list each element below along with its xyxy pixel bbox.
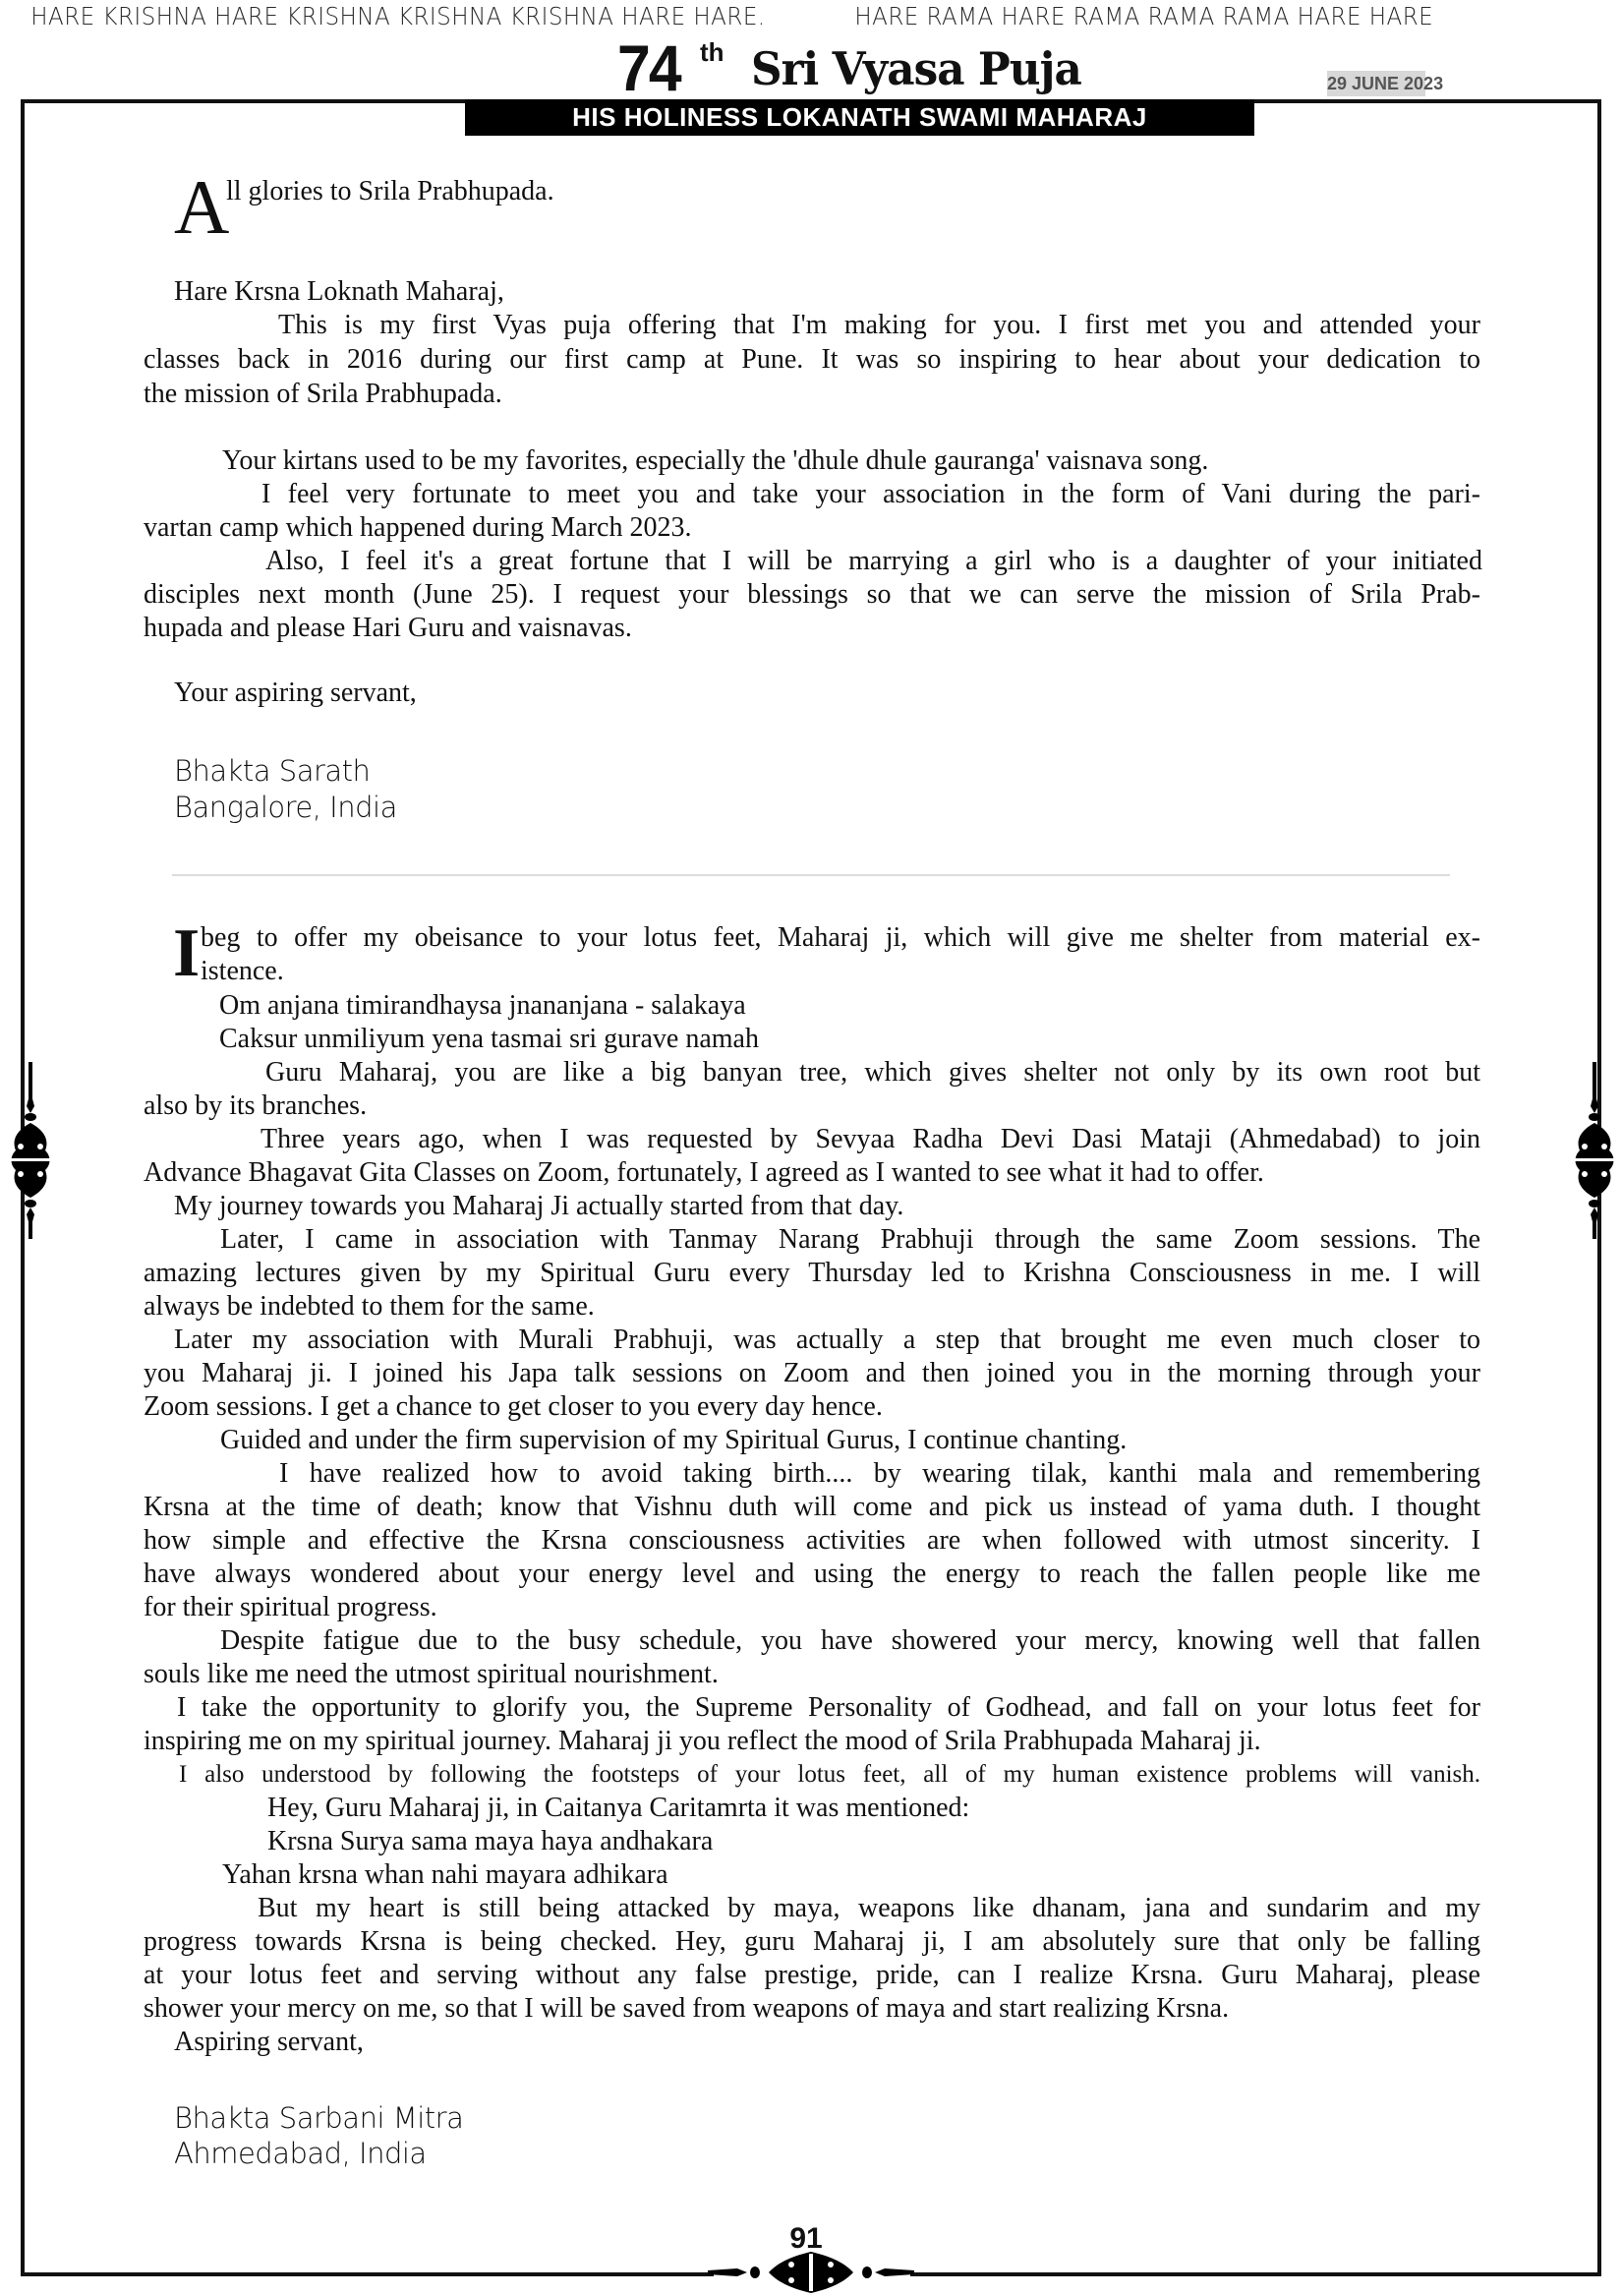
paragraph-line: also by its branches.	[144, 1089, 367, 1123]
paragraph-line: Despite fatigue due to the busy schedule…	[220, 1624, 1480, 1658]
right-ornament-icon	[1570, 1062, 1619, 1239]
title-name: Sri Vyasa Puja	[751, 41, 1081, 96]
paragraph-line: beg to offer my obeisance to your lotus …	[201, 921, 1480, 955]
paragraph-line: vartan camp which happened during March …	[144, 511, 691, 545]
paragraph-line: at your lotus feet and serving without a…	[144, 1959, 1480, 1992]
paragraph-line: Advance Bhagavat Gita Classes on Zoom, f…	[144, 1156, 1264, 1190]
dropcap: A	[174, 169, 229, 246]
paragraph-line: progress towards Krsna is being checked.…	[144, 1925, 1480, 1959]
paragraph-line: have always wondered about your energy l…	[144, 1558, 1480, 1591]
paragraph-line: shower your mercy on me, so that I will …	[144, 1992, 1229, 2026]
paragraph-line: Later, I came in association with Tanmay…	[220, 1223, 1480, 1257]
paragraph-line: Three years ago, when I was requested by…	[261, 1123, 1480, 1156]
paragraph-line: hupada and please Hari Guru and vaisnava…	[144, 612, 632, 645]
paragraph-line: Later my association with Murali Prabhuj…	[174, 1324, 1480, 1357]
signature-place: Ahmedabad, India	[174, 2136, 427, 2171]
paragraph-line: classes back in 2016 during our first ca…	[144, 343, 1480, 377]
paragraph-line: Krsna at the time of death; know that Vi…	[144, 1491, 1480, 1524]
paragraph-line: Zoom sessions. I get a chance to get clo…	[144, 1390, 883, 1424]
closing: Aspiring servant,	[174, 2026, 364, 2059]
mantra-right: HARE RAMA HARE RAMA RAMA RAMA HARE HARE	[854, 2, 1433, 30]
bottom-ornament-icon	[708, 2250, 914, 2295]
section-divider	[172, 874, 1450, 876]
title-number: 74	[617, 35, 680, 100]
paragraph-line: I also understood by following the foots…	[179, 1758, 1480, 1792]
paragraph-line: Hey, Guru Maharaj ji, in Caitanya Carita…	[267, 1792, 969, 1825]
mantra-left: HARE KRISHNA HARE KRISHNA KRISHNA KRISHN…	[30, 2, 765, 30]
verse-line: Om anjana timirandhaysa jnananjana - sal…	[219, 989, 746, 1023]
paragraph-line: This is my first Vyas puja offering that…	[278, 309, 1480, 342]
paragraph-line: amazing lectures given by my Spiritual G…	[144, 1257, 1480, 1290]
left-ornament-icon	[6, 1062, 55, 1239]
paragraph-line: disciples next month (June 25). I reques…	[144, 578, 1480, 612]
signature-name: Bhakta Sarbani Mitra	[174, 2100, 463, 2136]
paragraph-line: Your kirtans used to be my favorites, es…	[222, 444, 1208, 478]
paragraph-line: My journey towards you Maharaj Ji actual…	[174, 1190, 903, 1223]
paragraph-line: for their spiritual progress.	[144, 1591, 437, 1624]
opening-line: ll glories to Srila Prabhupada.	[226, 175, 554, 208]
paragraph-line: how simple and effective the Krsna consc…	[144, 1524, 1480, 1558]
paragraph-line: istence.	[201, 955, 284, 988]
date-badge: 29 JUNE 2023	[1327, 71, 1425, 96]
paragraph-line: you Maharaj ji. I joined his Japa talk s…	[144, 1357, 1480, 1390]
paragraph-line: always be indebted to them for the same.	[144, 1290, 595, 1324]
banner-title: HIS HOLINESS LOKANATH SWAMI MAHARAJ	[465, 99, 1254, 136]
paragraph-line: But my heart is still being attacked by …	[258, 1892, 1480, 1925]
paragraph-line: I feel very fortunate to meet you and ta…	[261, 478, 1480, 511]
paragraph-line: Guru Maharaj, you are like a big banyan …	[265, 1056, 1480, 1089]
title-suffix: th	[700, 39, 724, 65]
paragraph-line: Guided and under the firm supervision of…	[220, 1424, 1127, 1457]
paragraph-line: I have realized how to avoid taking birt…	[279, 1457, 1480, 1491]
closing: Your aspiring servant,	[174, 677, 417, 710]
mantra-header: HARE KRISHNA HARE KRISHNA KRISHNA KRISHN…	[0, 0, 1492, 33]
verse-line: Caksur unmiliyum yena tasmai sri gurave …	[219, 1023, 759, 1056]
verse-line: Krsna Surya sama maya haya andhakara	[267, 1825, 713, 1858]
verse-line: Yahan krsna whan nahi mayara adhikara	[222, 1858, 668, 1892]
paragraph-line: I take the opportunity to glorify you, t…	[177, 1691, 1480, 1725]
paragraph-line: the mission of Srila Prabhupada.	[144, 378, 502, 411]
signature-place: Bangalore, India	[174, 790, 397, 825]
signature-name: Bhakta Sarath	[174, 753, 370, 789]
paragraph-line: Also, I feel it's a great fortune that I…	[265, 545, 1482, 578]
paragraph-line: souls like me need the utmost spiritual …	[144, 1658, 719, 1691]
paragraph-line: inspiring me on my spiritual journey. Ma…	[144, 1725, 1261, 1758]
salutation: Hare Krsna Loknath Maharaj,	[174, 275, 504, 309]
dropcap: I	[173, 919, 200, 988]
